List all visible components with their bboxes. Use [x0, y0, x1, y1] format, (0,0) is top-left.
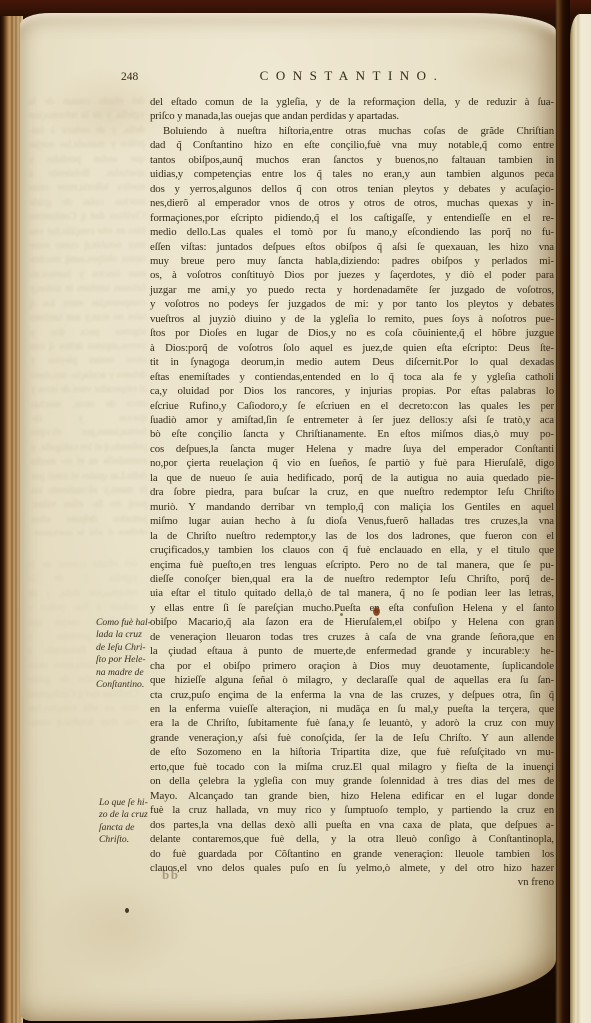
- text-line: y ellas entre ſi ſe pareſçian mucho.Pueſ…: [150, 601, 554, 615]
- running-header: CONSTANTINO.: [150, 68, 554, 84]
- text-line: dieſſe conoſçer bien,qual era la de nueſ…: [150, 572, 554, 586]
- text-line: bò eſte conçilio ſancta y Chriſtianament…: [150, 427, 554, 441]
- text-line: la que de nueuo ſe auia hedificado, porq…: [150, 471, 554, 485]
- margin-note-1: Como fuè hal-lada la cruzde Ieſu Chri-ſt…: [96, 617, 152, 691]
- paper-stain: [450, 33, 570, 93]
- text-line: juzgar me ami,y yo puedo recta y hordena…: [150, 283, 554, 297]
- text-line: tit in ſynagoga deorum,in medio autem De…: [150, 355, 554, 369]
- text-line: Boluiendo à nueſtra hiſtoria,entre otras…: [150, 124, 554, 138]
- signature-mark: bb: [162, 867, 179, 883]
- text-line: priſco y manada,las ouejas que andan per…: [150, 109, 554, 123]
- text-line: miſmo lugar auian hecho à ſu dioſa Venus…: [150, 514, 554, 528]
- text-line: muriò. Y mandando derribar vn templo,q̃ …: [150, 500, 554, 514]
- text-line: vueſtros al juyziò diuino y de la ygleſi…: [150, 312, 554, 326]
- text-line: la çiudad eſtaua à punto de muerte,de en…: [150, 644, 554, 658]
- text-line: delante contaremos,que fuè della, y la o…: [150, 832, 554, 846]
- margin-note-line: de Ieſu Chri-: [96, 642, 152, 654]
- text-line: no,por çierta reuelaçion q̃ vio en ſueño…: [150, 456, 554, 470]
- text-line: cha por el obiſpo primero oraçion à Dios…: [150, 659, 554, 673]
- text-line: clauos,el vno delos quales puſo en ſu ye…: [150, 861, 554, 875]
- text-line: era la de Chriſto, ſubitamente fuè ſana,…: [150, 716, 554, 730]
- ink-spot: [340, 613, 343, 616]
- text-line: dos partes,la vna dellas dexò alli pueſt…: [150, 818, 554, 832]
- book-page: del eſtado comun de la ygleſia, y de la …: [20, 13, 556, 1021]
- text-line: de eſto Sozomeno en la hiſtoria Triparti…: [150, 745, 554, 759]
- text-line: do fuè guardada por Cõſtantino en grande…: [150, 847, 554, 861]
- text-line: en la enferma vuieſſe alteraçion, ni mud…: [150, 702, 554, 716]
- text-line: dra ſobre piedra, para buſcar la cruz, e…: [150, 485, 554, 499]
- margin-note-line: Como fuè hal-: [96, 617, 152, 629]
- text-line: muy breue pero muy ſancta habla,diziendo…: [150, 254, 554, 268]
- ink-spot: [373, 607, 380, 616]
- text-line: cta cruz,puſo ençima de la enferma la vn…: [150, 688, 554, 702]
- text-line: tantos obiſpos,aunq̃ muchos eran ſanctos…: [150, 153, 554, 167]
- text-line: ca,y oluidad por Dios los rancores, y in…: [150, 384, 554, 398]
- text-line: dos y yerros,algunos dellos q̃ con otros…: [150, 182, 554, 196]
- paper-stain: [44, 873, 194, 983]
- text-line: eſtas enemiſtades y contiendas,entended …: [150, 370, 554, 384]
- text-line: à Dios:porq̃ de voſotros ſolo aquel es j…: [150, 341, 554, 355]
- catchword: vn freno: [150, 876, 554, 888]
- text-line: os, à voſotros conſtituyò Dios por jueze…: [150, 268, 554, 282]
- text-line: formaçiones,por eſcripto pidiendo,q̃ el …: [150, 211, 554, 225]
- margin-note-line: lada la cruz: [96, 629, 152, 641]
- text-line: Mayo. Alcançado tan grande bien, hizo He…: [150, 789, 554, 803]
- margin-note-line: Lo que ſe hi-: [99, 797, 155, 809]
- page-number: 248: [121, 71, 138, 83]
- body-text: del eſtado comun de la ygleſia, y de la …: [150, 95, 554, 875]
- text-line: ſtos por Dioſes en lugar de Dios,y no es…: [150, 326, 554, 340]
- text-line: de veneraçion lleuaron todas tres cruzes…: [150, 630, 554, 644]
- text-line: dad q̃ Conſtantino hizo en eſte conçilio…: [150, 138, 554, 152]
- text-line: cruçificados,y tambien los clauos con q̃…: [150, 543, 554, 557]
- text-line: del eſtado comun de la ygleſia, y de la …: [150, 95, 554, 109]
- bleed-through-ghost: del eſtado comun de la ygleſia, y de la …: [28, 95, 147, 536]
- margin-note-line: zo de la cruz: [99, 809, 155, 821]
- text-line: cos deſpues,la ſancta muger Helena y mad…: [150, 442, 554, 456]
- text-line: grande veneraçion,y aſsi fuè conoſçida, …: [150, 731, 554, 745]
- text-line: nes,dierõ al emperador vnos de otros y o…: [150, 196, 554, 210]
- text-line: ſuadiò amor y amiſtad,ſin ſe entremeter …: [150, 413, 554, 427]
- text-line: fuè la cruz hallada, vn muy rico y ſumpt…: [150, 803, 554, 817]
- margin-note-line: na madre de: [96, 667, 152, 679]
- text-line: uidias,y competençias entre los q̃ tales…: [150, 167, 554, 181]
- text-line: obiſpo Macario,q̃ ala ſazon era de Hieru…: [150, 615, 554, 629]
- margin-note-line: Chriſto.: [99, 834, 155, 846]
- text-line: que hizieſſe alguna ſeñal ò milagro, y d…: [150, 673, 554, 687]
- margin-note-2: Lo que ſe hi-zo de la cruzſancta deChriſ…: [99, 797, 155, 847]
- text-line: ençima fuè pueſto,en tres lenguas eſcrip…: [150, 558, 554, 572]
- ink-spot: [125, 908, 129, 913]
- text-line: uia eſtar el titulo quitado della,ò de t…: [150, 586, 554, 600]
- text-line: la de Chriſto nueſtro redemptor,y las de…: [150, 529, 554, 543]
- adjacent-page-edge: [570, 14, 591, 1023]
- text-line: on della çelebra la ygleſia con muy gran…: [150, 774, 554, 788]
- margin-note-line: Conſtantino.: [96, 679, 152, 691]
- text-line: y voſotros no podeys ſer juzgados de mi:…: [150, 297, 554, 311]
- text-line: erto,que fuè tocado con la miſma cruz.El…: [150, 760, 554, 774]
- margin-note-line: ſancta de: [99, 822, 155, 834]
- margin-note-line: ſto por Hele-: [96, 654, 152, 666]
- text-line: eſſen viſtas: juntados deſpues eſtos obi…: [150, 240, 554, 254]
- text-line: eſcriue Rufino,y Caſiodoro,y ſe eſcriuen…: [150, 399, 554, 413]
- text-line: medio dello.Las quales el tomò por ſu ma…: [150, 225, 554, 239]
- gutter-shadow: [555, 0, 570, 1023]
- book-scene: del eſtado comun de la ygleſia, y de la …: [0, 0, 591, 1023]
